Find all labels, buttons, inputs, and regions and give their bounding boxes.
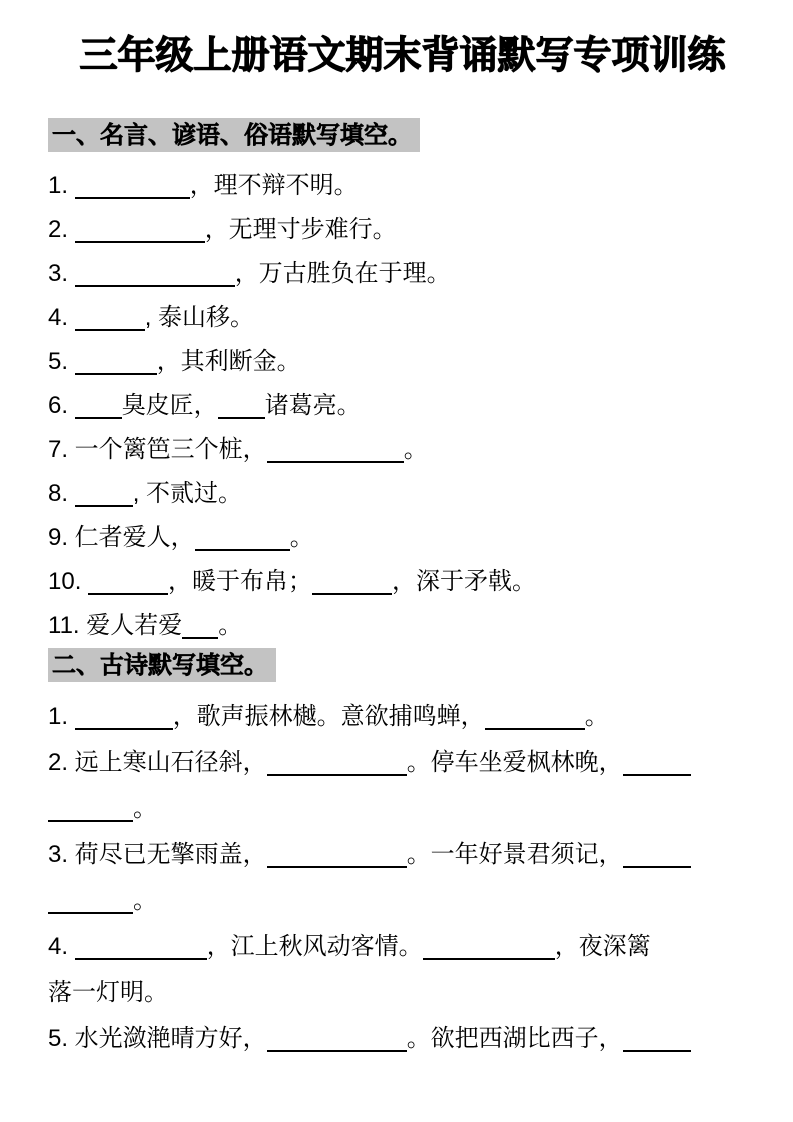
item-text: 。 — [218, 612, 242, 639]
item-text: 8. — [48, 480, 75, 507]
section-famous-sayings: 一、名言、谚语、俗语默写填空。 1. ，理不辩不明。2. ，无理寸步难行。3. … — [48, 118, 757, 648]
fill-in-blank — [75, 217, 205, 243]
item-text: 2. — [48, 216, 75, 243]
fill-in-blank — [267, 437, 404, 463]
fill-in-blank — [75, 305, 145, 331]
item-text: 。一年好景君须记， — [407, 841, 623, 868]
fill-in-blank — [75, 173, 190, 199]
exercise-item: 5. 水光潋滟晴方好，。欲把西湖比西子， — [48, 1016, 757, 1062]
item-text: 诸葛亮。 — [265, 392, 361, 419]
item-text: 5. 水光潋滟晴方好， — [48, 1025, 267, 1052]
section-heading: 二、古诗默写填空。 — [48, 648, 276, 682]
item-text: ，歌声振林樾。意欲捕鸣蝉， — [173, 703, 485, 730]
item-text: 6. — [48, 392, 75, 419]
document-page: 三年级上册语文期末背诵默写专项训练 一、名言、谚语、俗语默写填空。 1. ，理不… — [0, 0, 793, 1122]
fill-in-blank — [423, 934, 555, 960]
fill-in-blank — [312, 569, 392, 595]
item-text: 。 — [585, 703, 609, 730]
item-text: 1. — [48, 172, 75, 199]
fill-in-blank — [267, 750, 407, 776]
section-heading-row: 二、古诗默写填空。 — [48, 648, 757, 682]
item-text: 11. 爱人若爱 — [48, 612, 182, 639]
exercise-item: 7. 一个篱笆三个桩，。 — [48, 428, 757, 472]
item-text: ，夜深篱 — [555, 933, 651, 960]
fill-in-blank — [623, 842, 691, 868]
item-text: 落一灯明。 — [48, 979, 168, 1006]
fill-in-blank — [75, 349, 157, 375]
exercise-item: 3. 荷尽已无擎雨盖，。一年好景君须记，。 — [48, 832, 757, 924]
item-text: 。 — [290, 524, 314, 551]
exercise-item: 1. ，歌声振林樾。意欲捕鸣蝉，。 — [48, 694, 757, 740]
section-items: 1. ，歌声振林樾。意欲捕鸣蝉，。2. 远上寒山石径斜，。停车坐爱枫林晚，。3.… — [48, 694, 757, 1062]
item-text: ，江上秋风动客情。 — [207, 933, 423, 960]
item-text: 9. 仁者爱人， — [48, 524, 195, 551]
exercise-item: 2. ，无理寸步难行。 — [48, 208, 757, 252]
fill-in-blank — [88, 569, 168, 595]
fill-in-blank — [195, 525, 290, 551]
item-text: ，万古胜负在于理。 — [235, 260, 451, 287]
item-text: ，理不辩不明。 — [190, 172, 358, 199]
fill-in-blank — [75, 704, 173, 730]
worksheet-page: { "page_title": "三年级上册语文期末背诵默写专项训练", "co… — [0, 0, 793, 1122]
section-heading: 一、名言、谚语、俗语默写填空。 — [48, 118, 420, 152]
item-text: 。 — [133, 795, 157, 822]
fill-in-blank — [182, 613, 218, 639]
item-text: 4. — [48, 304, 75, 331]
exercise-item: 6. 臭皮匠，诸葛亮。 — [48, 384, 757, 428]
exercise-item: 9. 仁者爱人，。 — [48, 516, 757, 560]
exercise-item: 2. 远上寒山石径斜，。停车坐爱枫林晚，。 — [48, 740, 757, 832]
item-text: 5. — [48, 348, 75, 375]
item-text: 2. 远上寒山石径斜， — [48, 749, 267, 776]
item-text: ，深于矛戟。 — [392, 568, 536, 595]
item-text: , 不贰过。 — [133, 480, 242, 507]
section-items: 1. ，理不辩不明。2. ，无理寸步难行。3. ，万古胜负在于理。4. , 泰山… — [48, 164, 757, 648]
fill-in-blank — [75, 934, 207, 960]
item-text: 7. 一个篱笆三个桩， — [48, 436, 267, 463]
exercise-item: 5. ，其利断金。 — [48, 340, 757, 384]
item-text: 3. — [48, 260, 75, 287]
item-text: ，暖于布帛； — [168, 568, 312, 595]
exercise-item: 8. , 不贰过。 — [48, 472, 757, 516]
item-text: 3. 荷尽已无擎雨盖， — [48, 841, 267, 868]
fill-in-blank — [267, 842, 407, 868]
exercise-item: 4. , 泰山移。 — [48, 296, 757, 340]
page-title: 三年级上册语文期末背诵默写专项训练 — [48, 30, 757, 82]
exercise-item: 11. 爱人若爱。 — [48, 604, 757, 648]
item-text: 10. — [48, 568, 88, 595]
fill-in-blank — [623, 1026, 691, 1052]
item-text: , 泰山移。 — [145, 304, 254, 331]
item-text: ，无理寸步难行。 — [205, 216, 397, 243]
exercise-item: 4. ，江上秋风动客情。，夜深篱落一灯明。 — [48, 924, 757, 1016]
fill-in-blank — [75, 393, 122, 419]
fill-in-blank — [267, 1026, 407, 1052]
item-text: ，其利断金。 — [157, 348, 301, 375]
exercise-item: 10. ，暖于布帛；，深于矛戟。 — [48, 560, 757, 604]
fill-in-blank — [48, 888, 133, 914]
item-text: 。停车坐爱枫林晚， — [407, 749, 623, 776]
item-text: 。 — [133, 887, 157, 914]
item-text: 1. — [48, 703, 75, 730]
fill-in-blank — [218, 393, 265, 419]
item-text: 臭皮匠， — [122, 392, 218, 419]
section-ancient-poems: 二、古诗默写填空。 1. ，歌声振林樾。意欲捕鸣蝉，。2. 远上寒山石径斜，。停… — [48, 648, 757, 1062]
fill-in-blank — [48, 796, 133, 822]
fill-in-blank — [623, 750, 691, 776]
section-heading-row: 一、名言、谚语、俗语默写填空。 — [48, 118, 757, 152]
item-text: 。欲把西湖比西子， — [407, 1025, 623, 1052]
fill-in-blank — [485, 704, 585, 730]
fill-in-blank — [75, 481, 133, 507]
item-text: 4. — [48, 933, 75, 960]
fill-in-blank — [75, 261, 235, 287]
item-text: 。 — [404, 436, 428, 463]
exercise-item: 1. ，理不辩不明。 — [48, 164, 757, 208]
exercise-item: 3. ，万古胜负在于理。 — [48, 252, 757, 296]
